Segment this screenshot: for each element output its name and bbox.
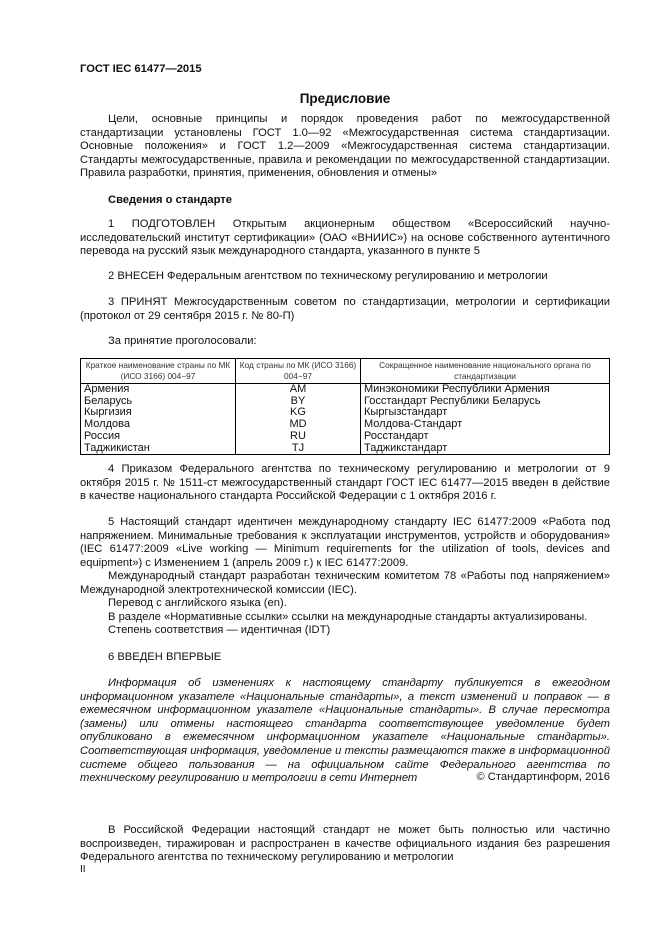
column-header-code: Код страны по МК (ИСО 3166) 004−97 bbox=[236, 359, 361, 384]
table-row: Армения AM Минэкономики Республики Армен… bbox=[81, 384, 610, 396]
item-2-introduced: 2 ВНЕСЕН Федеральным агентством по техни… bbox=[80, 270, 610, 284]
copyright: © Стандартинформ, 2016 bbox=[80, 771, 610, 785]
vote-label: За принятие проголосовали: bbox=[80, 335, 610, 349]
intro-paragraph: Цели, основные принципы и порядок провед… bbox=[80, 113, 610, 181]
cell-body: Таджикстандарт bbox=[361, 443, 610, 455]
vote-table-header-row: Краткое наименование страны по МК (ИСО 3… bbox=[81, 359, 610, 384]
cell-code: TJ bbox=[236, 443, 361, 455]
page-number: II bbox=[80, 864, 86, 875]
table-row: Беларусь BY Госстандарт Республики Белар… bbox=[81, 396, 610, 408]
table-row: Молдова MD Молдова-Стандарт bbox=[81, 419, 610, 431]
cell-country: Армения bbox=[81, 384, 236, 396]
cell-code: RU bbox=[236, 431, 361, 443]
document-page: ГОСТ IEC 61477—2015 Предисловие Цели, ос… bbox=[0, 0, 661, 936]
item-5-references: В разделе «Нормативные ссылки» ссылки на… bbox=[80, 611, 638, 625]
amendments-notice: Информация об изменениях к настоящему ст… bbox=[80, 677, 610, 786]
table-row: Кыргизия KG Кыргызстандарт bbox=[81, 407, 610, 419]
section-heading: Сведения о стандарте bbox=[80, 194, 610, 208]
item-5-committee: Международный стандарт разработан технич… bbox=[80, 570, 610, 597]
column-header-body: Сокращенное наименование национального о… bbox=[361, 359, 610, 384]
item-1-prepared: 1 ПОДГОТОВЛЕН Открытым акционерным общес… bbox=[80, 218, 610, 259]
legal-notice: В Российской Федерации настоящий стандар… bbox=[80, 824, 610, 865]
page-title: Предисловие bbox=[80, 91, 610, 106]
cell-code: AM bbox=[236, 384, 361, 396]
table-row: Таджикистан TJ Таджикстандарт bbox=[81, 443, 610, 455]
item-5-translation: Перевод с английского языка (en). bbox=[80, 597, 638, 611]
cell-body: Минэкономики Республики Армения bbox=[361, 384, 610, 396]
vote-table: Краткое наименование страны по МК (ИСО 3… bbox=[80, 358, 610, 455]
cell-body: Росстандарт bbox=[361, 431, 610, 443]
column-header-country: Краткое наименование страны по МК (ИСО 3… bbox=[81, 359, 236, 384]
item-3-adopted: 3 ПРИНЯТ Межгосударственным советом по с… bbox=[80, 296, 610, 323]
item-5-identity: 5 Настоящий стандарт идентичен междунаро… bbox=[80, 516, 610, 570]
item-4-order: 4 Приказом Федерального агентства по тех… bbox=[80, 463, 610, 504]
item-5-conformity: Степень соответствия — идентичная (IDT) bbox=[80, 624, 638, 638]
cell-country: Таджикистан bbox=[81, 443, 236, 455]
document-header-id: ГОСТ IEC 61477—2015 bbox=[80, 63, 202, 75]
item-6-first-introduced: 6 ВВЕДЕН ВПЕРВЫЕ bbox=[80, 651, 610, 665]
table-row: Россия RU Росстандарт bbox=[81, 431, 610, 443]
cell-country: Россия bbox=[81, 431, 236, 443]
